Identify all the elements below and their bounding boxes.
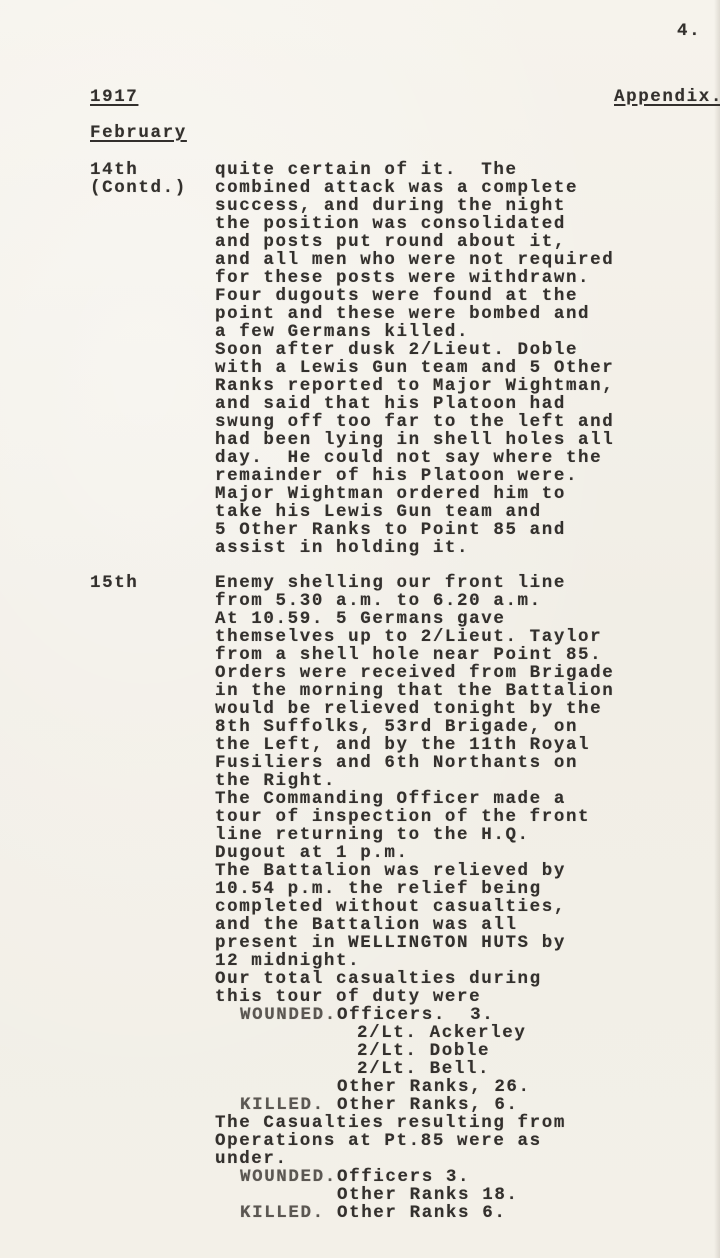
entry-line: under. bbox=[215, 1150, 288, 1168]
entry-line: Ranks reported to Major Wightman, bbox=[215, 377, 614, 395]
entry-line: from a shell hole near Point 85. bbox=[215, 646, 602, 664]
entry-line: for these posts were withdrawn. bbox=[215, 269, 590, 287]
entry-date-note: (Contd.) bbox=[90, 179, 187, 197]
wounded-label: WOUNDED. bbox=[240, 1168, 337, 1186]
wounded-other-ranks: Other Ranks, 26. bbox=[337, 1078, 531, 1096]
entry-line: present in WELLINGTON HUTS by bbox=[215, 934, 566, 952]
entry-line: and said that his Platoon had bbox=[215, 395, 566, 413]
entry-line: remainder of his Platoon were. bbox=[215, 467, 578, 485]
entry-line: point and these were bombed and bbox=[215, 305, 590, 323]
typewritten-page: 4. 1917 Appendix. February 14th (Contd.)… bbox=[0, 0, 720, 1258]
entry-line: a few Germans killed. bbox=[215, 323, 469, 341]
entry-date: 14th bbox=[90, 161, 138, 179]
entry-line: Major Wightman ordered him to bbox=[215, 485, 566, 503]
entry-line: from 5.30 a.m. to 6.20 a.m. bbox=[215, 592, 542, 610]
entry-line: completed without casualties, bbox=[215, 898, 566, 916]
entry-line: day. He could not say where the bbox=[215, 449, 602, 467]
entry-line: line returning to the H.Q. bbox=[215, 826, 530, 844]
killed-label: KILLED. bbox=[240, 1204, 325, 1222]
entry-line: with a Lewis Gun team and 5 Other bbox=[215, 359, 614, 377]
wounded-officer-name: 2/Lt. Doble bbox=[357, 1042, 490, 1060]
entry-line: 8th Suffolks, 53rd Brigade, on bbox=[215, 718, 578, 736]
entry-date: 15th bbox=[90, 574, 138, 592]
entry-line: Orders were received from Brigade bbox=[215, 664, 614, 682]
entry-line: the Left, and by the 11th Royal bbox=[215, 736, 590, 754]
page-number: 4. bbox=[677, 22, 701, 40]
wounded-label: WOUNDED. bbox=[240, 1006, 337, 1024]
entry-line: Enemy shelling our front line bbox=[215, 574, 566, 592]
entry-line: themselves up to 2/Lieut. Taylor bbox=[215, 628, 602, 646]
entry-line: Four dugouts were found at the bbox=[215, 287, 578, 305]
entry-line: 12 midnight. bbox=[215, 952, 360, 970]
entry-line: this tour of duty were bbox=[215, 988, 481, 1006]
year-heading: 1917 bbox=[90, 88, 138, 106]
entry-line: 10.54 p.m. the relief being bbox=[215, 880, 542, 898]
entry-line: had been lying in shell holes all bbox=[215, 431, 614, 449]
appendix-label: Appendix. bbox=[614, 88, 720, 106]
wounded-officers-count: Officers 3. bbox=[337, 1168, 470, 1186]
entry-line: The Battalion was relieved by bbox=[215, 862, 566, 880]
entry-line: tour of inspection of the front bbox=[215, 808, 590, 826]
wounded-officer-name: 2/Lt. Ackerley bbox=[357, 1024, 526, 1042]
entry-line: take his Lewis Gun team and bbox=[215, 503, 542, 521]
killed-label: KILLED. bbox=[240, 1096, 325, 1114]
entry-line: would be relieved tonight by the bbox=[215, 700, 602, 718]
wounded-other-ranks: Other Ranks 18. bbox=[337, 1186, 519, 1204]
killed-other-ranks: Other Ranks 6. bbox=[337, 1204, 506, 1222]
entry-line: the position was consolidated bbox=[215, 215, 566, 233]
entry-line: Soon after dusk 2/Lieut. Doble bbox=[215, 341, 578, 359]
entry-line: and all men who were not required bbox=[215, 251, 614, 269]
entry-line: Fusiliers and 6th Northants on bbox=[215, 754, 578, 772]
entry-line: At 10.59. 5 Germans gave bbox=[215, 610, 505, 628]
entry-line: Dugout at 1 p.m. bbox=[215, 844, 409, 862]
entry-line: 5 Other Ranks to Point 85 and bbox=[215, 521, 566, 539]
entry-line: combined attack was a complete bbox=[215, 179, 578, 197]
entry-line: Operations at Pt.85 were as bbox=[215, 1132, 542, 1150]
entry-line: The Casualties resulting from bbox=[215, 1114, 566, 1132]
entry-line: quite certain of it. The bbox=[215, 161, 518, 179]
entry-line: swung off too far to the left and bbox=[215, 413, 614, 431]
entry-line: success, and during the night bbox=[215, 197, 566, 215]
killed-other-ranks: Other Ranks, 6. bbox=[337, 1096, 519, 1114]
month-heading: February bbox=[90, 124, 187, 142]
entry-line: Our total casualties during bbox=[215, 970, 542, 988]
entry-line: in the morning that the Battalion bbox=[215, 682, 614, 700]
entry-line: and posts put round about it, bbox=[215, 233, 566, 251]
entry-line: the Right. bbox=[215, 772, 336, 790]
page-edge-shadow bbox=[714, 0, 720, 1258]
wounded-officers-count: Officers. 3. bbox=[337, 1006, 494, 1024]
entry-line: and the Battalion was all bbox=[215, 916, 518, 934]
entry-line: assist in holding it. bbox=[215, 539, 469, 557]
wounded-officer-name: 2/Lt. Bell. bbox=[357, 1060, 490, 1078]
entry-line: The Commanding Officer made a bbox=[215, 790, 566, 808]
